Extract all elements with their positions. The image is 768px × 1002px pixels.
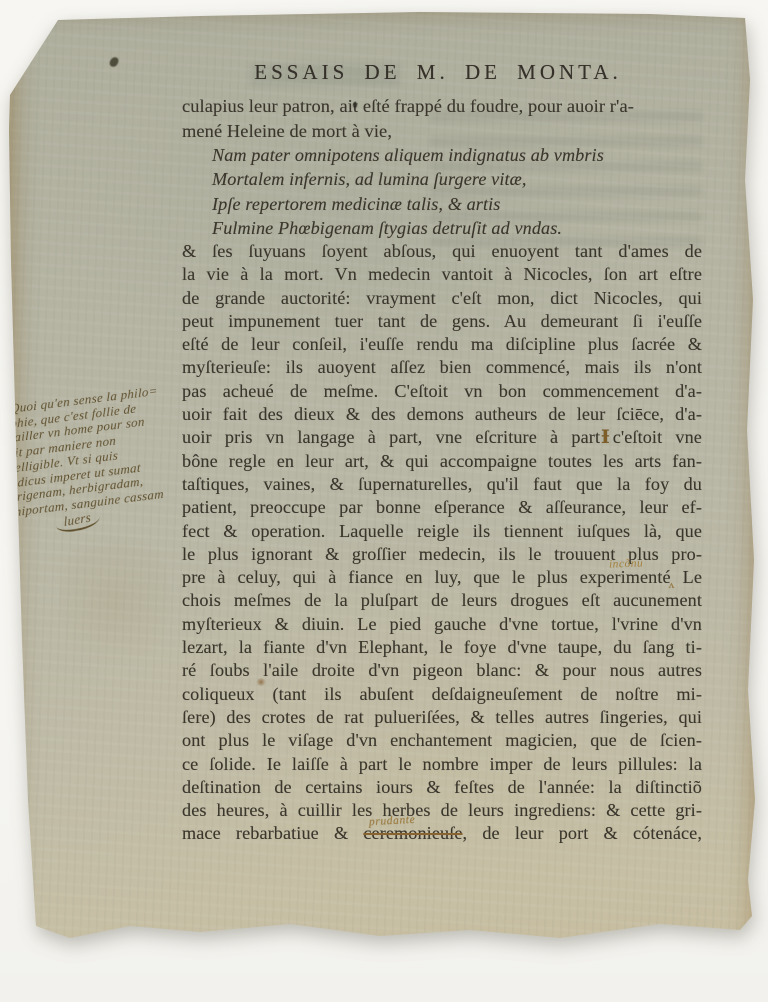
text-line: myſterieux & diuin. Le pied gauche d'vne…: [182, 613, 702, 636]
paper-sheet: ESSAIS DE M. DE MONTA. culapius leur pat…: [0, 0, 768, 1002]
verse-line: Mortalem infernis, ad lumina ſurgere vit…: [212, 167, 702, 191]
text-line: lezart, la fiante d'vn Elephant, le foye…: [182, 636, 702, 659]
text-line: pre à celuy, qui à fiance en luy, que le…: [182, 566, 702, 589]
replacement-word: prudante: [369, 809, 416, 835]
text-line: taſtiques, vaines, & ſupernaturelles, qu…: [182, 473, 702, 496]
text-line: peut impunement tuer tant de gens. Au de…: [182, 310, 702, 333]
text-line: des heures, à cuillir les herbes de leur…: [182, 799, 702, 822]
text-line: uoir fait des dieux & des demons autheur…: [182, 403, 702, 426]
stain: [160, 938, 176, 948]
handwritten-insertion-mark: Ɨ: [601, 427, 610, 448]
verse-line: Fulmine Phœbigenam ſtygias detruſit ad v…: [212, 216, 702, 240]
handwritten-correction: prudanteceremonieuſe: [363, 823, 462, 843]
text-line: la vie à la mort. Vn medecin vantoit à N…: [182, 263, 702, 286]
ink-blot: [109, 56, 120, 68]
text-line: de grande auctorité: vrayment c'eſt mon,…: [182, 287, 702, 310]
text-line: ce ſolide. Ie laiſſe à part le nombre im…: [182, 753, 702, 776]
text-line: chois meſmes de la pluſpart de leurs dro…: [182, 589, 702, 612]
text-line: mené Heleine de mort à vie,: [182, 119, 702, 144]
text-line: eſté de leur conſeil, i'euſſe rendu ma d…: [182, 333, 702, 356]
text-line: uoir pris vn langage à part, vne eſcritu…: [182, 426, 702, 449]
text-line: bône regle en leur art, & qui accompaign…: [182, 450, 702, 473]
scanned-page: ESSAIS DE M. DE MONTA. culapius leur pat…: [0, 0, 768, 1002]
verse-line: Nam pater omnipotens aliquem indignatus …: [212, 143, 702, 167]
intro-text-block: culapius leur patron, ait eſté frappé du…: [182, 94, 702, 144]
text-line: myſterieuſe: ils auoyent aſſez bien comm…: [182, 356, 702, 379]
text-line: pas acheué de meſme. C'eſtoit vn bon com…: [182, 380, 702, 403]
text-line: fect & operation. Laquelle reigle ils ti…: [182, 520, 702, 543]
text-line: patient, preoccupe par bonne eſperance &…: [182, 496, 702, 519]
stain: [60, 520, 170, 680]
handwritten-marginalia: Quoi qu'en sense la philo=phie, que c'es…: [10, 380, 193, 538]
text-line: coliqueux (tant ils abuſent deſdaigneuſe…: [182, 683, 702, 706]
text-line: deſtination de certains iours & feſtes d…: [182, 776, 702, 799]
ink-speck: [353, 102, 357, 108]
text-line: mace rebarbatiue & prudanteceremonieuſe,…: [182, 822, 702, 845]
stain: [256, 678, 266, 686]
interline-word: incõnu: [608, 553, 643, 577]
text-line: & ſes ſuyuans ſoyent abſous, qui enuoyen…: [182, 240, 702, 263]
text-line: ont plus le viſage d'vn enchantement mag…: [182, 729, 702, 752]
running-header: ESSAIS DE M. DE MONTA.: [182, 60, 694, 85]
insertion-caret: ʌ: [669, 580, 675, 591]
verse-line: Ipſe repertorem medicinæ talis, & artis: [212, 192, 702, 216]
main-text-block: & ſes ſuyuans ſoyent abſous, qui enuoyen…: [182, 240, 702, 846]
latin-verse-block: Nam pater omnipotens aliquem indignatus …: [212, 143, 702, 240]
text-line: culapius leur patron, ait eſté frappé du…: [182, 94, 702, 119]
text-line: ſere) des crotes de rat pulueriſées, & t…: [182, 706, 702, 729]
